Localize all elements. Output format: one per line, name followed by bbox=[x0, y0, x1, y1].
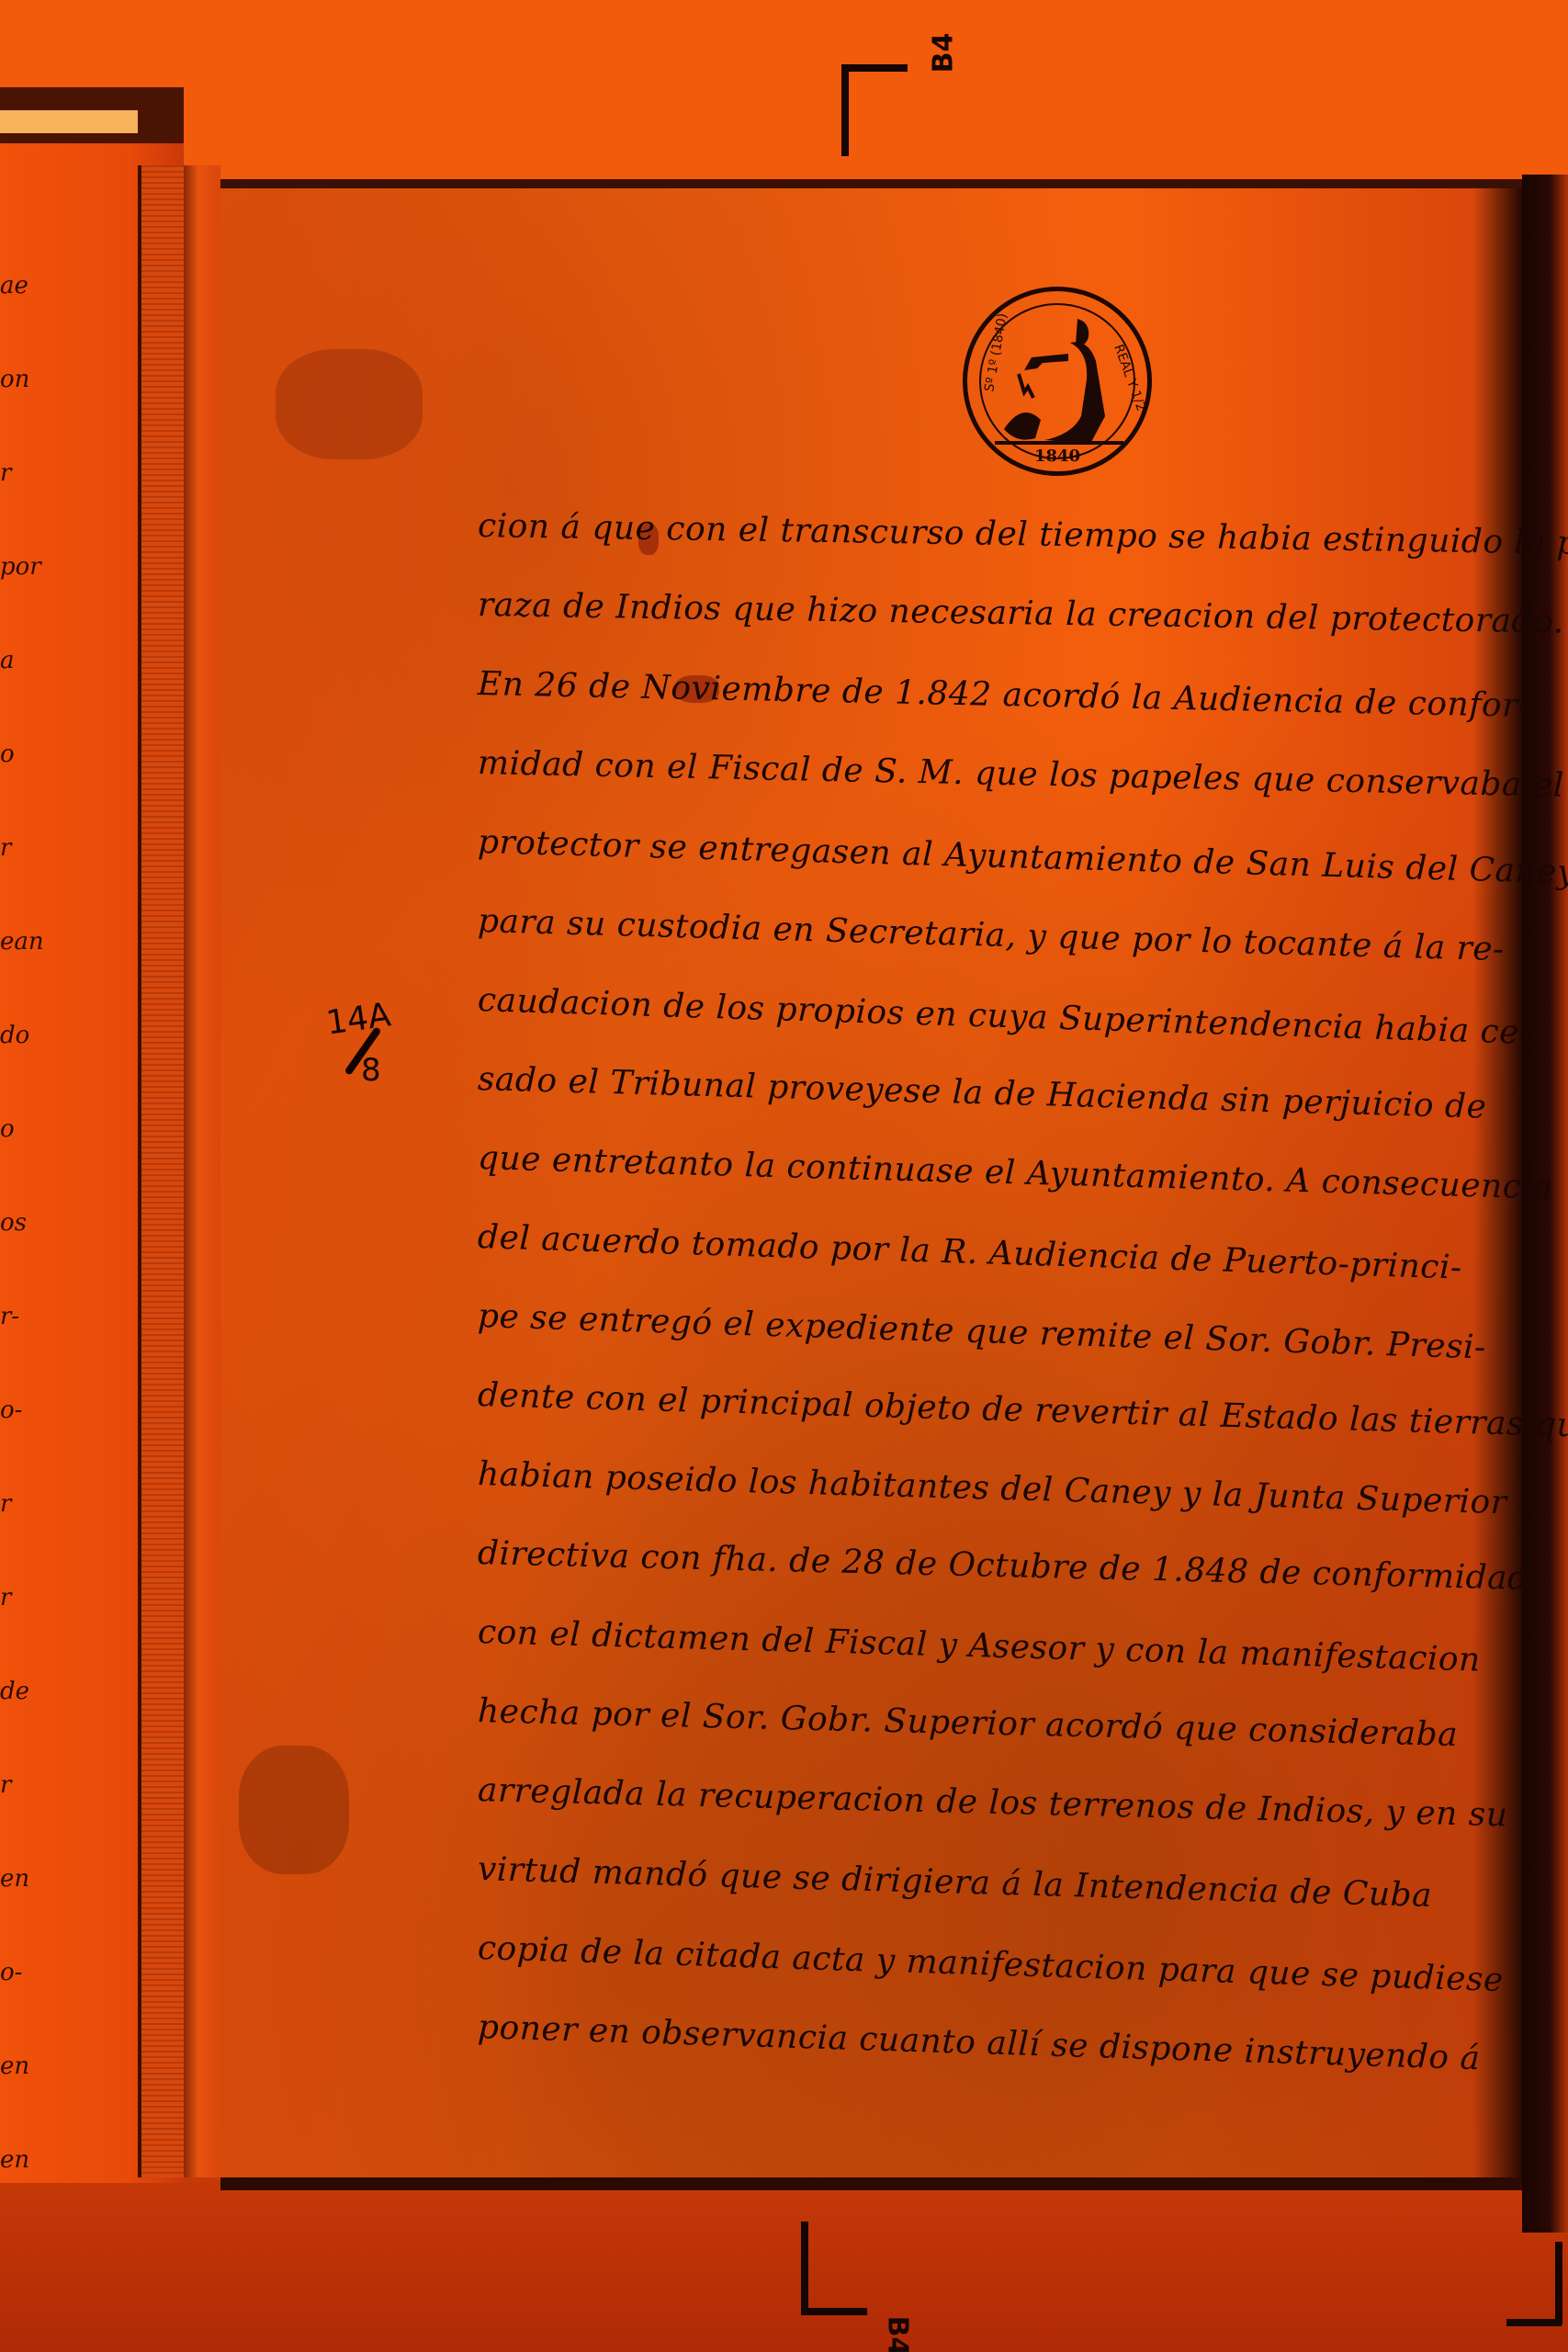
left-page-fragment: ae bbox=[0, 272, 28, 300]
left-page-fragment: os bbox=[0, 1209, 27, 1237]
frame-mark-top-horizontal bbox=[841, 64, 908, 72]
left-page-fragment: por bbox=[0, 553, 41, 581]
ink-stain bbox=[276, 349, 423, 459]
left-page-fragment: o bbox=[0, 1115, 15, 1143]
seal-stamp: Sº 1º (1840) REAL Y 1/2 1840 bbox=[963, 287, 1152, 476]
left-page-fragment: en bbox=[0, 2146, 29, 2174]
frame-mark-bottom-left-horizontal bbox=[801, 2308, 867, 2315]
left-page-fragment: o- bbox=[0, 1959, 22, 1986]
left-page-fragment: r bbox=[0, 1490, 11, 1518]
frame-mark-bottom-left-vertical bbox=[801, 2222, 808, 2313]
left-page-fragment: en bbox=[0, 2052, 29, 2080]
left-page-fragment: r bbox=[0, 834, 11, 862]
left-page-paper-strip bbox=[0, 110, 138, 133]
left-page-fragment: de bbox=[0, 1678, 29, 1705]
left-page-fragment: ean bbox=[0, 928, 44, 955]
folio-number: 14A 8 bbox=[317, 997, 400, 1098]
folio-number-bottom: 8 bbox=[361, 1052, 381, 1089]
left-page-fragment: r bbox=[0, 1584, 11, 1611]
left-page-fragment: r bbox=[0, 459, 11, 487]
svg-text:REAL Y 1/2: REAL Y 1/2 bbox=[1111, 343, 1147, 413]
stamp-year: 1840 bbox=[967, 447, 1147, 466]
frame-mark-bottom-label: B4 bbox=[881, 2316, 913, 2352]
text-line: raza de Indios que hizo necesaria la cre… bbox=[477, 566, 1516, 661]
left-page-fragment: en bbox=[0, 1865, 29, 1893]
left-page-fragment: o- bbox=[0, 1396, 22, 1424]
folio-number-top: 14A bbox=[323, 996, 392, 1042]
left-page-fragment: a bbox=[0, 647, 15, 674]
manuscript-text: cion á que con el transcurso del tiempo … bbox=[478, 487, 1516, 2067]
left-page-fragment: r- bbox=[0, 1303, 19, 1330]
binding-gutter bbox=[184, 165, 220, 2177]
left-page-fragment: do bbox=[0, 1022, 29, 1049]
frame-mark-top-label: B4 bbox=[927, 33, 959, 73]
frame-mark-top-vertical bbox=[841, 64, 849, 156]
left-page-fragment: r bbox=[0, 1771, 11, 1799]
frame-mark-bottom-right-vertical bbox=[1555, 2242, 1562, 2324]
ink-stain bbox=[239, 1746, 349, 1874]
left-page-fragment: o bbox=[0, 741, 15, 768]
frame-mark-bottom-right-horizontal bbox=[1506, 2319, 1562, 2326]
seated-figure-icon: Sº 1º (1840) REAL Y 1/2 bbox=[967, 291, 1147, 471]
background-bottom bbox=[0, 2168, 1568, 2352]
left-page-fragment: on bbox=[0, 366, 29, 393]
